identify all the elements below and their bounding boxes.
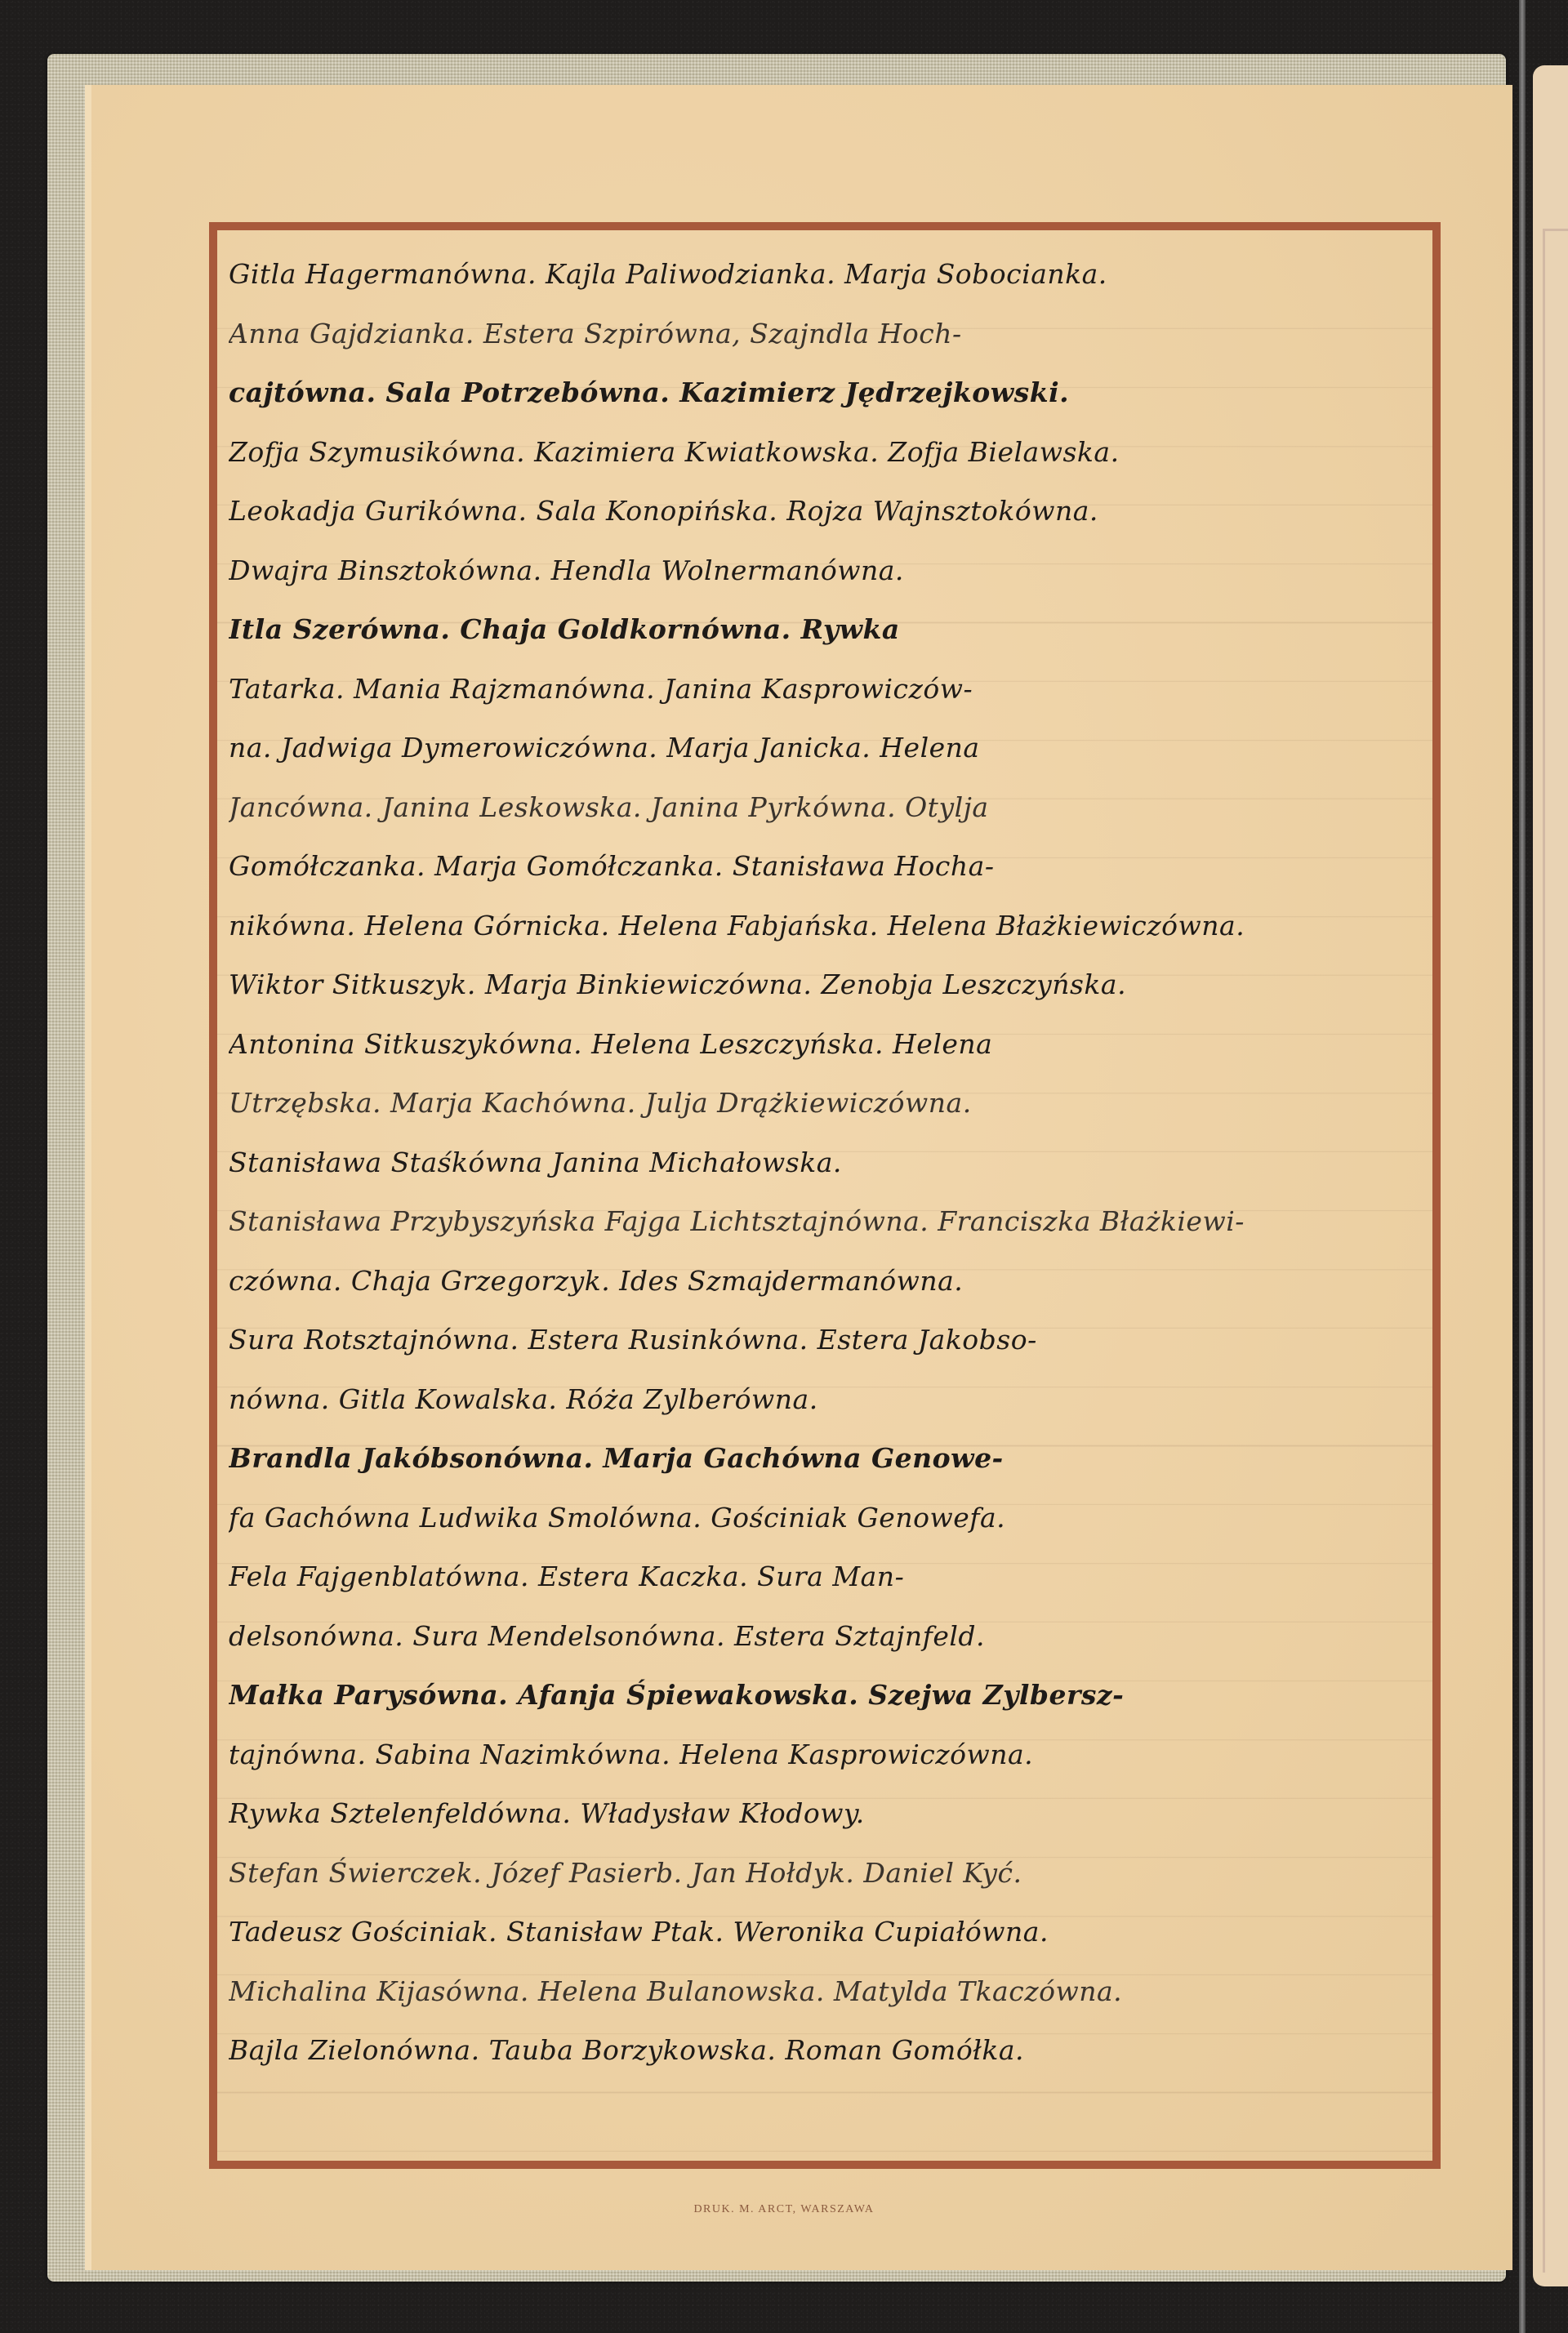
handwritten-line: delsonówna. Sura Mendelsonówna. Estera S… bbox=[229, 1607, 1421, 1667]
handwritten-line: Gomółczanka. Marja Gomółczanka. Stanisła… bbox=[229, 837, 1421, 897]
handwritten-line: cajtówna. Sala Potrzebówna. Kazimierz Ję… bbox=[229, 363, 1421, 423]
handwritten-line: Stanisława Staśkówna Janina Michałowska. bbox=[229, 1133, 1421, 1193]
handwritten-line: Utrzębska. Marja Kachówna. Julja Drążkie… bbox=[229, 1074, 1421, 1133]
handwritten-line: Bajla Zielonówna. Tauba Borzykowska. Rom… bbox=[229, 2021, 1421, 2081]
handwritten-line: Antonina Sitkuszykówna. Helena Leszczyńs… bbox=[229, 1015, 1421, 1075]
handwritten-line: Jancówna. Janina Leskowska. Janina Pyrkó… bbox=[229, 778, 1421, 838]
handwritten-line: na. Jadwiga Dymerowiczówna. Marja Janick… bbox=[229, 719, 1421, 778]
handwritten-line: Dwajra Binsztokówna. Hendla Wolnermanówn… bbox=[229, 541, 1421, 601]
printer-imprint: DRUK. M. ARCT, WARSZAWA bbox=[0, 2203, 1568, 2216]
plastic-sleeve-edge bbox=[1519, 0, 1526, 2333]
handwritten-line: Itla Szerówna. Chaja Goldkornówna. Rywka bbox=[229, 600, 1421, 660]
handwritten-line: Rywka Sztelenfeldówna. Władysław Kłodowy… bbox=[229, 1784, 1421, 1844]
handwritten-line: Zofja Szymusikówna. Kazimiera Kwiatkowsk… bbox=[229, 423, 1421, 483]
handwritten-line: Brandla Jakóbsonówna. Marja Gachówna Gen… bbox=[229, 1429, 1421, 1489]
handwritten-line: Małka Parysówna. Afanja Śpiewakowska. Sz… bbox=[229, 1666, 1421, 1725]
handwritten-line: Tatarka. Mania Rajzmanówna. Janina Kaspr… bbox=[229, 660, 1421, 719]
adjacent-page-frame bbox=[1543, 229, 1568, 2273]
handwritten-line: Stefan Świerczek. Józef Pasierb. Jan Hoł… bbox=[229, 1844, 1421, 1903]
handwritten-line: nówna. Gitla Kowalska. Róża Zylberówna. bbox=[229, 1370, 1421, 1430]
handwritten-line: Stanisława Przybyszyńska Fajga Lichtszta… bbox=[229, 1192, 1421, 1252]
handwritten-line: Gitla Hagermanówna. Kajla Paliwodzianka.… bbox=[229, 245, 1421, 305]
handwritten-line: Fela Fajgenblatówna. Estera Kaczka. Sura… bbox=[229, 1547, 1421, 1607]
handwritten-line: czówna. Chaja Grzegorzyk. Ides Szmajderm… bbox=[229, 1252, 1421, 1311]
handwritten-signature-list: Gitla Hagermanówna. Kajla Paliwodzianka.… bbox=[229, 245, 1421, 2081]
handwritten-line: Leokadja Gurikówna. Sala Konopińska. Roj… bbox=[229, 482, 1421, 541]
adjacent-page-edge bbox=[1533, 65, 1568, 2286]
handwritten-line: Michalina Kijasówna. Helena Bulanowska. … bbox=[229, 1962, 1421, 2022]
handwritten-line: Wiktor Sitkuszyk. Marja Binkiewiczówna. … bbox=[229, 955, 1421, 1015]
handwritten-line: tajnówna. Sabina Nazimkówna. Helena Kasp… bbox=[229, 1725, 1421, 1785]
handwritten-line: fa Gachówna Ludwika Smolówna. Gościniak … bbox=[229, 1489, 1421, 1548]
handwritten-line: Tadeusz Gościniak. Stanisław Ptak. Weron… bbox=[229, 1903, 1421, 1962]
handwritten-line: Anna Gajdzianka. Estera Szpirówna, Szajn… bbox=[229, 305, 1421, 364]
handwritten-line: Sura Rotsztajnówna. Estera Rusinkówna. E… bbox=[229, 1311, 1421, 1370]
handwritten-line: nikówna. Helena Górnicka. Helena Fabjańs… bbox=[229, 897, 1421, 956]
